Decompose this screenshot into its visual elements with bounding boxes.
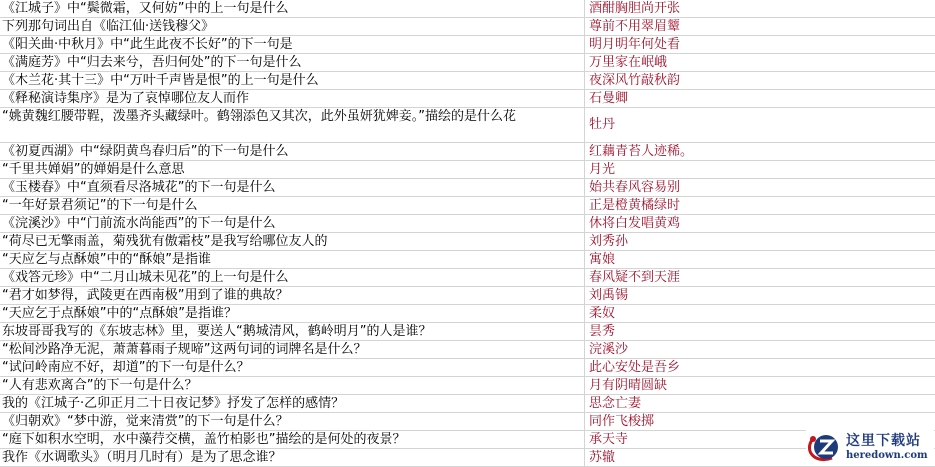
- question-cell[interactable]: 我的《江城子·乙卯正月二十日夜记梦》抒发了怎样的感情？: [0, 395, 585, 412]
- question-cell[interactable]: 下列那句词出自《临江仙·送钱穆父》: [0, 18, 585, 35]
- answer-cell[interactable]: 月光: [585, 161, 935, 178]
- question-cell[interactable]: 《满庭芳》中“归去来兮，吾归何处”的下一句是什么: [0, 54, 585, 71]
- answer-cell[interactable]: 此心安处是吾乡: [585, 359, 935, 376]
- table-row[interactable]: “人有悲欢离合”的下一句是什么？月有阴晴圆缺: [0, 377, 935, 395]
- table-row[interactable]: “天应乞与点酥娘”中的“酥娘”是指谁寓娘: [0, 251, 935, 269]
- answer-cell[interactable]: 尊前不用翠眉颦: [585, 18, 935, 35]
- table-row[interactable]: 《归朝欢》“梦中游，觉来清赏”的下一句是什么？同作飞梭掷: [0, 413, 935, 431]
- table-row[interactable]: “荷尽已无擎雨盖，菊残犹有傲霜枝”是我写给哪位友人的刘秀孙: [0, 233, 935, 251]
- question-cell[interactable]: “千里共婵娟”的婵娟是什么意思: [0, 161, 585, 178]
- answer-cell[interactable]: 春风疑不到天涯: [585, 269, 935, 286]
- answer-cell[interactable]: 牡丹: [585, 108, 935, 142]
- watermark-logo: 这里下载站 heredown.com: [806, 428, 934, 466]
- question-cell[interactable]: “庭下如积水空明，水中藻荇交横，盖竹柏影也”描绘的是何处的夜景？: [0, 431, 585, 448]
- answer-cell[interactable]: 石曼卿: [585, 90, 935, 107]
- answer-cell[interactable]: 休将白发唱黄鸡: [585, 215, 935, 232]
- answer-cell[interactable]: 夜深风竹敲秋韵: [585, 72, 935, 89]
- table-row[interactable]: 《浣溪沙》中“门前流水尚能西”的下一句是什么休将白发唱黄鸡: [0, 215, 935, 233]
- table-row[interactable]: 东坡哥哥我写的《东坡志林》里，要送人“鹅城清风，鹤岭明月”的人是谁？昙秀: [0, 323, 935, 341]
- table-row[interactable]: 我的《江城子·乙卯正月二十日夜记梦》抒发了怎样的感情？思念亡妻: [0, 395, 935, 413]
- answer-cell[interactable]: 柔奴: [585, 305, 935, 322]
- spreadsheet-grid: 《江城子》中“鬓微霜，又何妨”中的上一句是什么酒酣胸胆尚开张下列那句词出自《临江…: [0, 0, 935, 467]
- z-logo-icon: [806, 430, 842, 464]
- table-row[interactable]: “松间沙路净无泥，萧萧暮雨子规啼”这两句词的词牌名是什么？浣溪沙: [0, 341, 935, 359]
- answer-cell[interactable]: 刘秀孙: [585, 233, 935, 250]
- question-cell[interactable]: “一年好景君须记”的下一句是什么: [0, 197, 585, 214]
- question-cell[interactable]: “君才如梦得，武陵更在西南极”用到了谁的典故？: [0, 287, 585, 304]
- question-cell[interactable]: “人有悲欢离合”的下一句是什么？: [0, 377, 585, 394]
- table-row[interactable]: “姚黄魏红腰带鞓，泼墨齐头藏绿叶。鹤翎添色又其次，此外虽妍犹婢妾。”描绘的是什么…: [0, 108, 935, 143]
- answer-cell[interactable]: 万里家在岷峨: [585, 54, 935, 71]
- table-row[interactable]: 下列那句词出自《临江仙·送钱穆父》尊前不用翠眉颦: [0, 18, 935, 36]
- question-cell[interactable]: 《玉楼春》中“直须看尽洛城花”的下一句是什么: [0, 179, 585, 196]
- question-cell[interactable]: 我作《水调歌头》（明月几时有）是为了思念谁？: [0, 449, 585, 466]
- question-cell[interactable]: “荷尽已无擎雨盖，菊残犹有傲霜枝”是我写给哪位友人的: [0, 233, 585, 250]
- answer-cell[interactable]: 昙秀: [585, 323, 935, 340]
- table-row[interactable]: 《阳关曲·中秋月》中“此生此夜不长好”的下一句是明月明年何处看: [0, 36, 935, 54]
- table-row[interactable]: 《戏答元珍》中“二月山城未见花”的上一句是什么春风疑不到天涯: [0, 269, 935, 287]
- question-cell[interactable]: 《戏答元珍》中“二月山城未见花”的上一句是什么: [0, 269, 585, 286]
- question-cell[interactable]: 《归朝欢》“梦中游，觉来清赏”的下一句是什么？: [0, 413, 585, 430]
- answer-cell[interactable]: 正是橙黄橘绿时: [585, 197, 935, 214]
- question-cell[interactable]: “松间沙路净无泥，萧萧暮雨子规啼”这两句词的词牌名是什么？: [0, 341, 585, 358]
- table-row[interactable]: “千里共婵娟”的婵娟是什么意思月光: [0, 161, 935, 179]
- table-row[interactable]: 《玉楼春》中“直须看尽洛城花”的下一句是什么始共春风容易别: [0, 179, 935, 197]
- table-row[interactable]: “一年好景君须记”的下一句是什么正是橙黄橘绿时: [0, 197, 935, 215]
- answer-cell[interactable]: 月有阴晴圆缺: [585, 377, 935, 394]
- question-cell[interactable]: 东坡哥哥我写的《东坡志林》里，要送人“鹅城清风，鹤岭明月”的人是谁？: [0, 323, 585, 340]
- table-row[interactable]: “君才如梦得，武陵更在西南极”用到了谁的典故？刘禹锡: [0, 287, 935, 305]
- answer-cell[interactable]: 思念亡妻: [585, 395, 935, 412]
- table-row[interactable]: “天应乞于点酥娘”中的“点酥娘”是指谁？柔奴: [0, 305, 935, 323]
- answer-cell[interactable]: 浣溪沙: [585, 341, 935, 358]
- table-row[interactable]: 《释秘演诗集序》是为了哀悼哪位友人而作石曼卿: [0, 90, 935, 108]
- answer-cell[interactable]: 始共春风容易别: [585, 179, 935, 196]
- table-row[interactable]: 《满庭芳》中“归去来兮，吾归何处”的下一句是什么万里家在岷峨: [0, 54, 935, 72]
- table-row[interactable]: 《江城子》中“鬓微霜，又何妨”中的上一句是什么酒酣胸胆尚开张: [0, 0, 935, 18]
- question-cell[interactable]: “天应乞于点酥娘”中的“点酥娘”是指谁？: [0, 305, 585, 322]
- answer-cell[interactable]: 明月明年何处看: [585, 36, 935, 53]
- answer-cell[interactable]: 酒酣胸胆尚开张: [585, 0, 935, 17]
- answer-cell[interactable]: 红藕青苔人迹稀。: [585, 143, 935, 160]
- table-row[interactable]: “试问岭南应不好，却道”的下一句是什么？此心安处是吾乡: [0, 359, 935, 377]
- question-cell[interactable]: “天应乞与点酥娘”中的“酥娘”是指谁: [0, 251, 585, 268]
- answer-cell[interactable]: 寓娘: [585, 251, 935, 268]
- table-row[interactable]: 我作《水调歌头》（明月几时有）是为了思念谁？苏辙: [0, 449, 935, 467]
- question-cell[interactable]: “试问岭南应不好，却道”的下一句是什么？: [0, 359, 585, 376]
- table-row[interactable]: “庭下如积水空明，水中藻荇交横，盖竹柏影也”描绘的是何处的夜景？承天寺: [0, 431, 935, 449]
- watermark-en-text: heredown.com: [846, 451, 928, 461]
- answer-cell[interactable]: 刘禹锡: [585, 287, 935, 304]
- question-cell[interactable]: 《初夏西湖》中“绿阴黄鸟春归后”的下一句是什么: [0, 143, 585, 160]
- table-row[interactable]: 《初夏西湖》中“绿阴黄鸟春归后”的下一句是什么红藕青苔人迹稀。: [0, 143, 935, 161]
- question-cell[interactable]: “姚黄魏红腰带鞓，泼墨齐头藏绿叶。鹤翎添色又其次，此外虽妍犹婢妾。”描绘的是什么…: [0, 108, 585, 142]
- question-cell[interactable]: 《释秘演诗集序》是为了哀悼哪位友人而作: [0, 90, 585, 107]
- question-cell[interactable]: 《木兰花·其十三》中“万叶千声皆是恨”的上一句是什么: [0, 72, 585, 89]
- question-cell[interactable]: 《阳关曲·中秋月》中“此生此夜不长好”的下一句是: [0, 36, 585, 53]
- watermark-cn-text: 这里下载站: [846, 434, 928, 448]
- table-row[interactable]: 《木兰花·其十三》中“万叶千声皆是恨”的上一句是什么夜深风竹敲秋韵: [0, 72, 935, 90]
- question-cell[interactable]: 《浣溪沙》中“门前流水尚能西”的下一句是什么: [0, 215, 585, 232]
- question-cell[interactable]: 《江城子》中“鬓微霜，又何妨”中的上一句是什么: [0, 0, 585, 17]
